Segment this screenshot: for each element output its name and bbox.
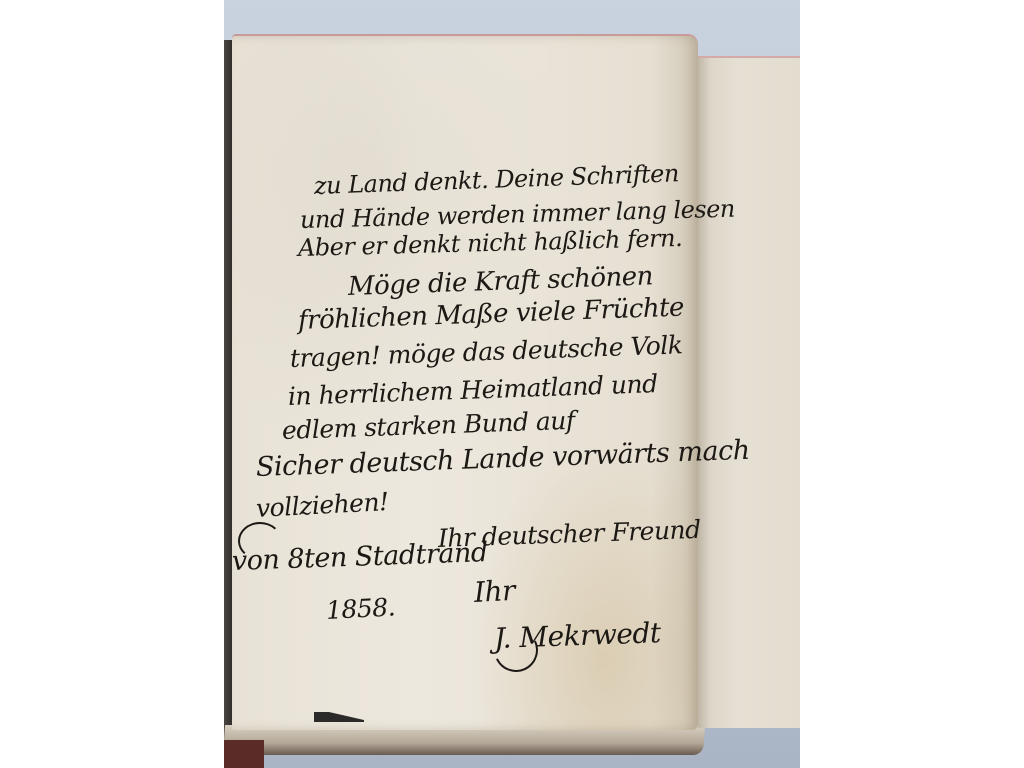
photo-frame: zu Land denkt. Deine Schriften und Hände… bbox=[224, 0, 800, 768]
letter-line-7: in herrlichem Heimatland und bbox=[287, 369, 658, 411]
letter-line-8: edlem starken Bund auf bbox=[281, 406, 575, 445]
letter-closing-word: Ihr bbox=[473, 574, 516, 609]
letter-line-10: vollziehen! bbox=[255, 487, 389, 523]
book-cover-corner bbox=[224, 740, 264, 768]
letter-year: 1858. bbox=[325, 592, 396, 625]
right-page bbox=[698, 56, 800, 728]
letter-line-1: zu Land denkt. Deine Schriften bbox=[314, 159, 680, 200]
left-page: zu Land denkt. Deine Schriften und Hände… bbox=[232, 34, 698, 730]
date-flourish-icon bbox=[238, 522, 282, 560]
letter-line-6: tragen! möge das deutsche Volk bbox=[289, 330, 682, 373]
